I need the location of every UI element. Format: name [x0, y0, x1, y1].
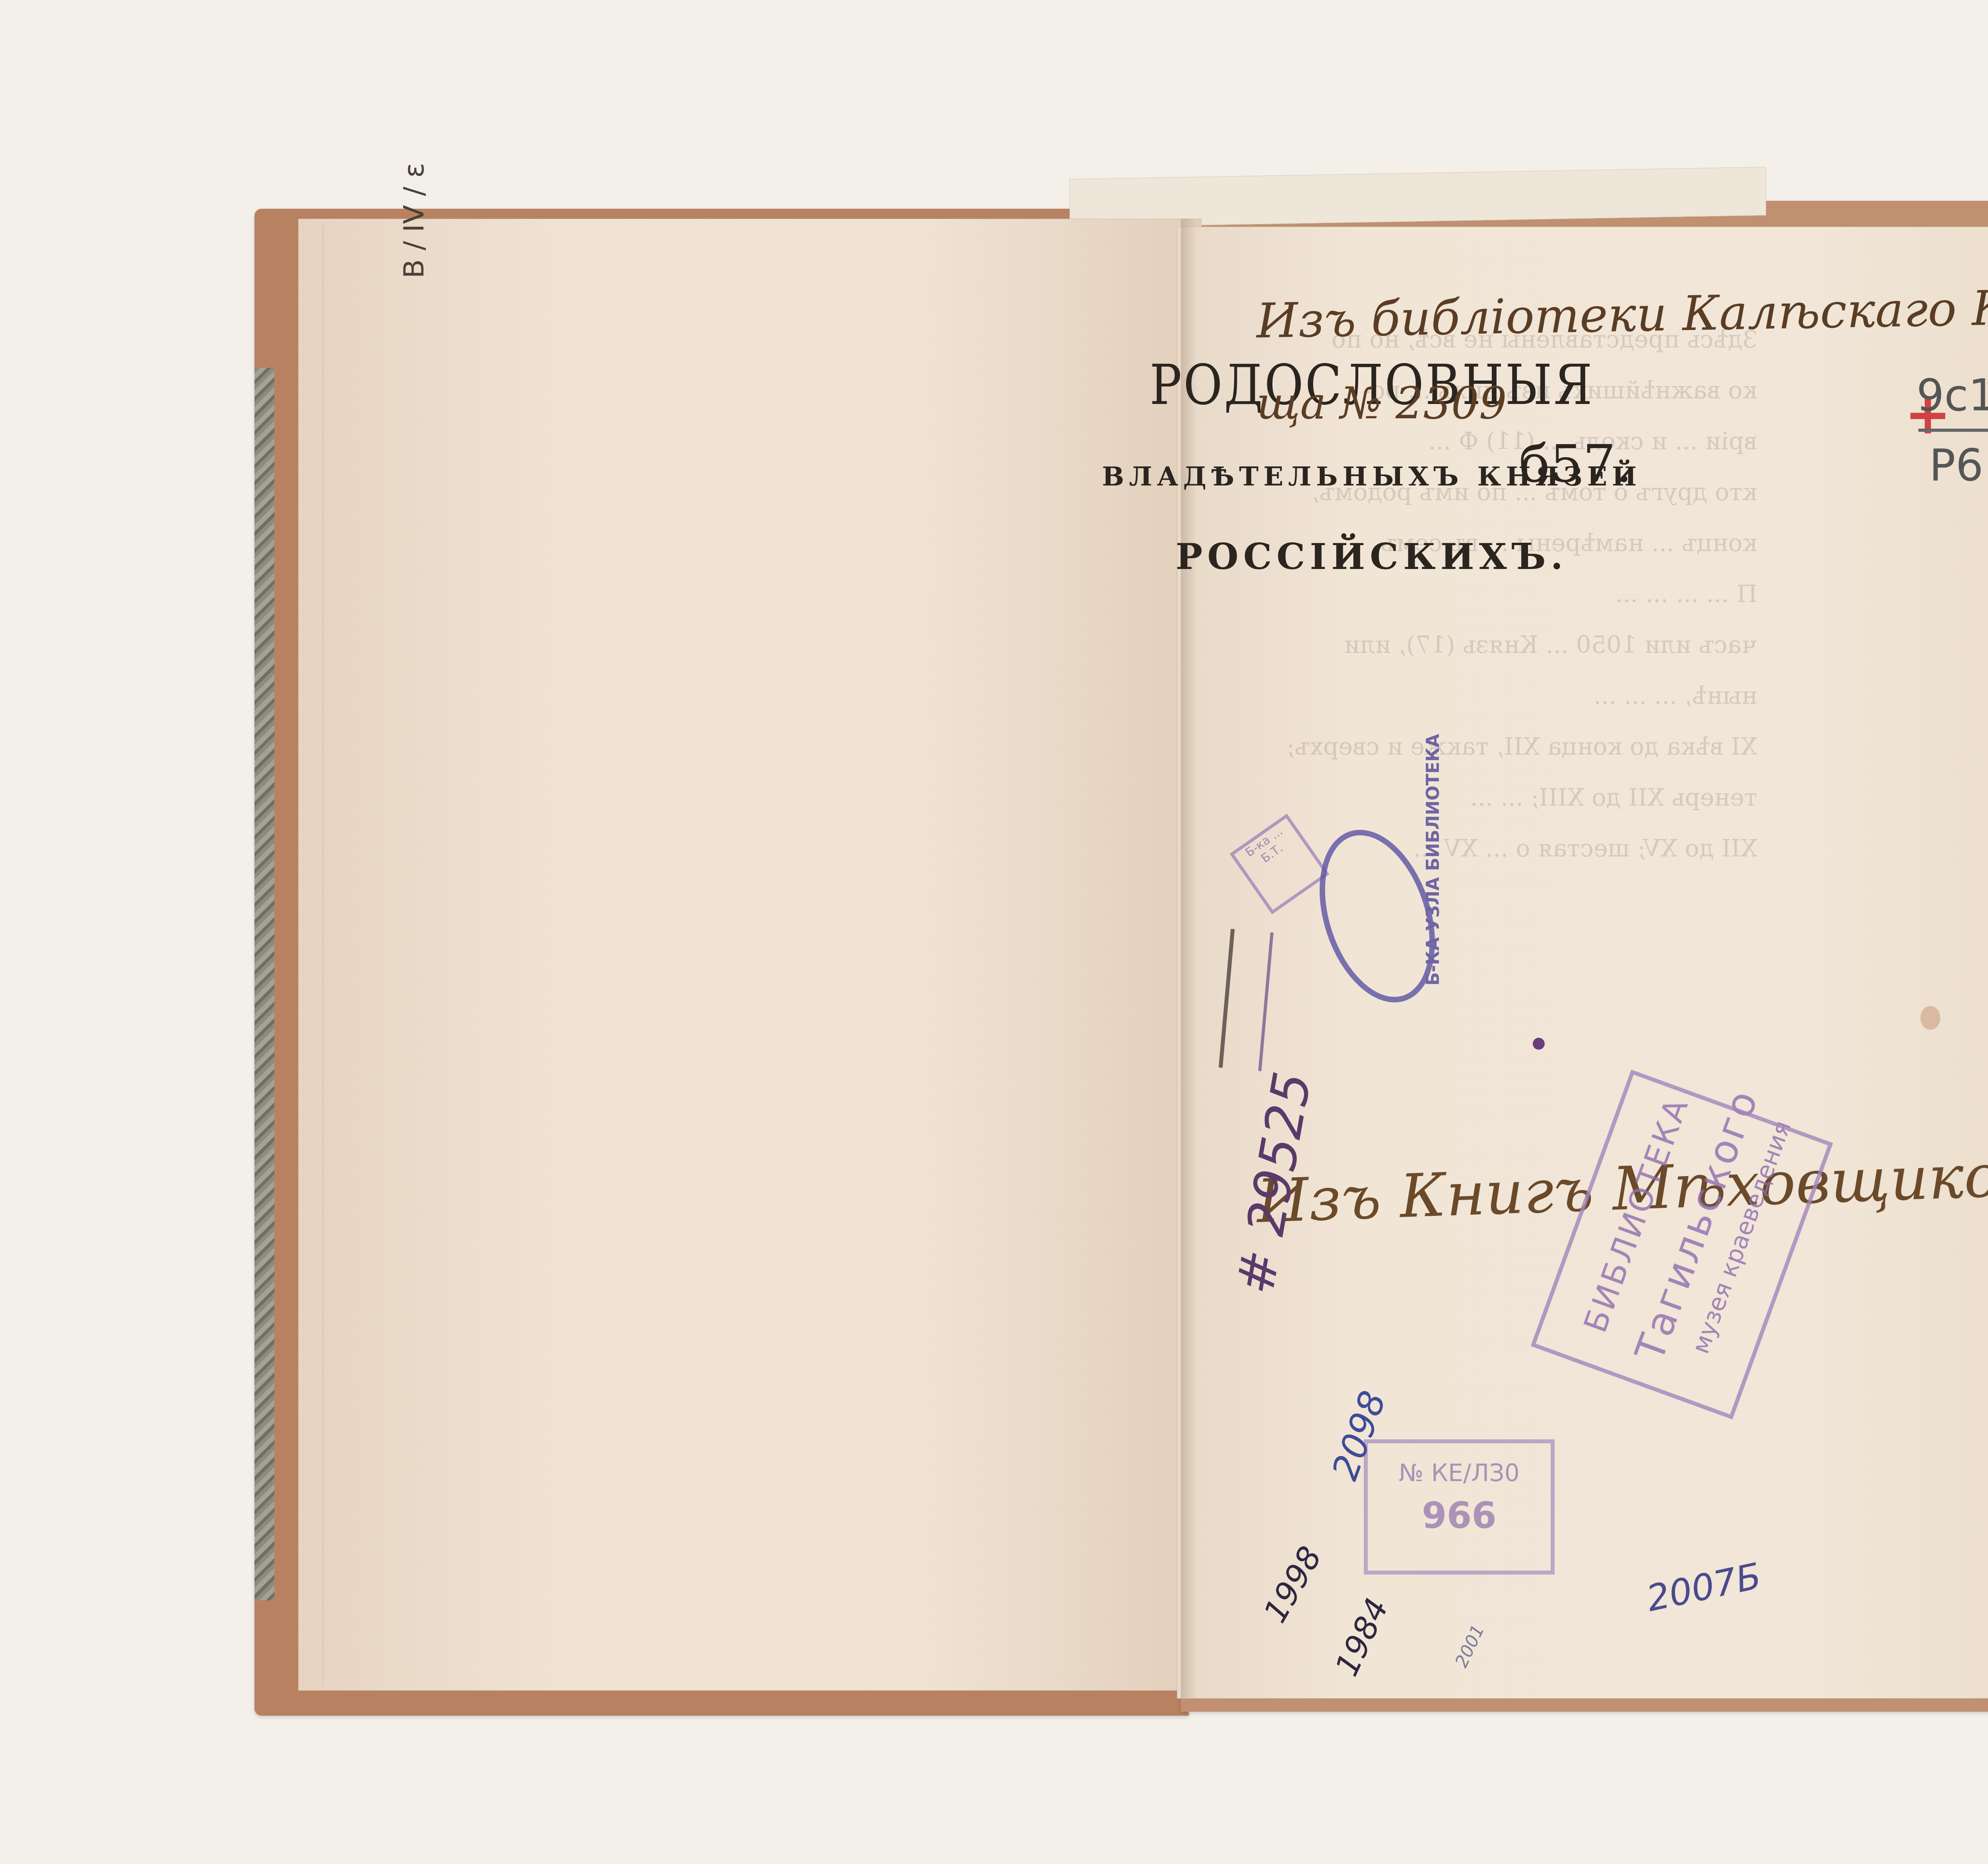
ex-libris-inscription-line-2: ща № 2309	[1256, 378, 1507, 429]
title-line-3: РОССІЙСКИХЪ.	[922, 536, 1821, 578]
pencil-shelf-code: 9с13 Р61	[1916, 370, 1988, 491]
pencil-code-divider	[1918, 429, 1988, 432]
inventory-stamp: № КЕ/ЛЗ0 966	[1364, 1439, 1555, 1575]
marbled-spine-strip	[254, 368, 274, 1600]
title-line-2: ВЛАДѢТЕЛЬНЫХЪ КНЯЗЕЙ	[922, 461, 1821, 492]
left-page-pencil-marks: В / IV / ε	[398, 163, 430, 278]
shelf-number: б57.	[1519, 433, 1632, 494]
inventory-stamp-number: 966	[1368, 1495, 1551, 1537]
pencil-code-top: 9с13	[1916, 370, 1988, 421]
inventory-stamp-label: № КЕ/ЛЗ0	[1368, 1459, 1551, 1487]
pencil-code-bottom: Р61	[1916, 440, 1988, 491]
ink-dot	[1533, 1038, 1545, 1050]
oval-stamp-text: Б-КА УЗЛА БИБЛИОТЕКА	[1423, 835, 1443, 986]
foxing-spot	[1920, 1006, 1940, 1030]
